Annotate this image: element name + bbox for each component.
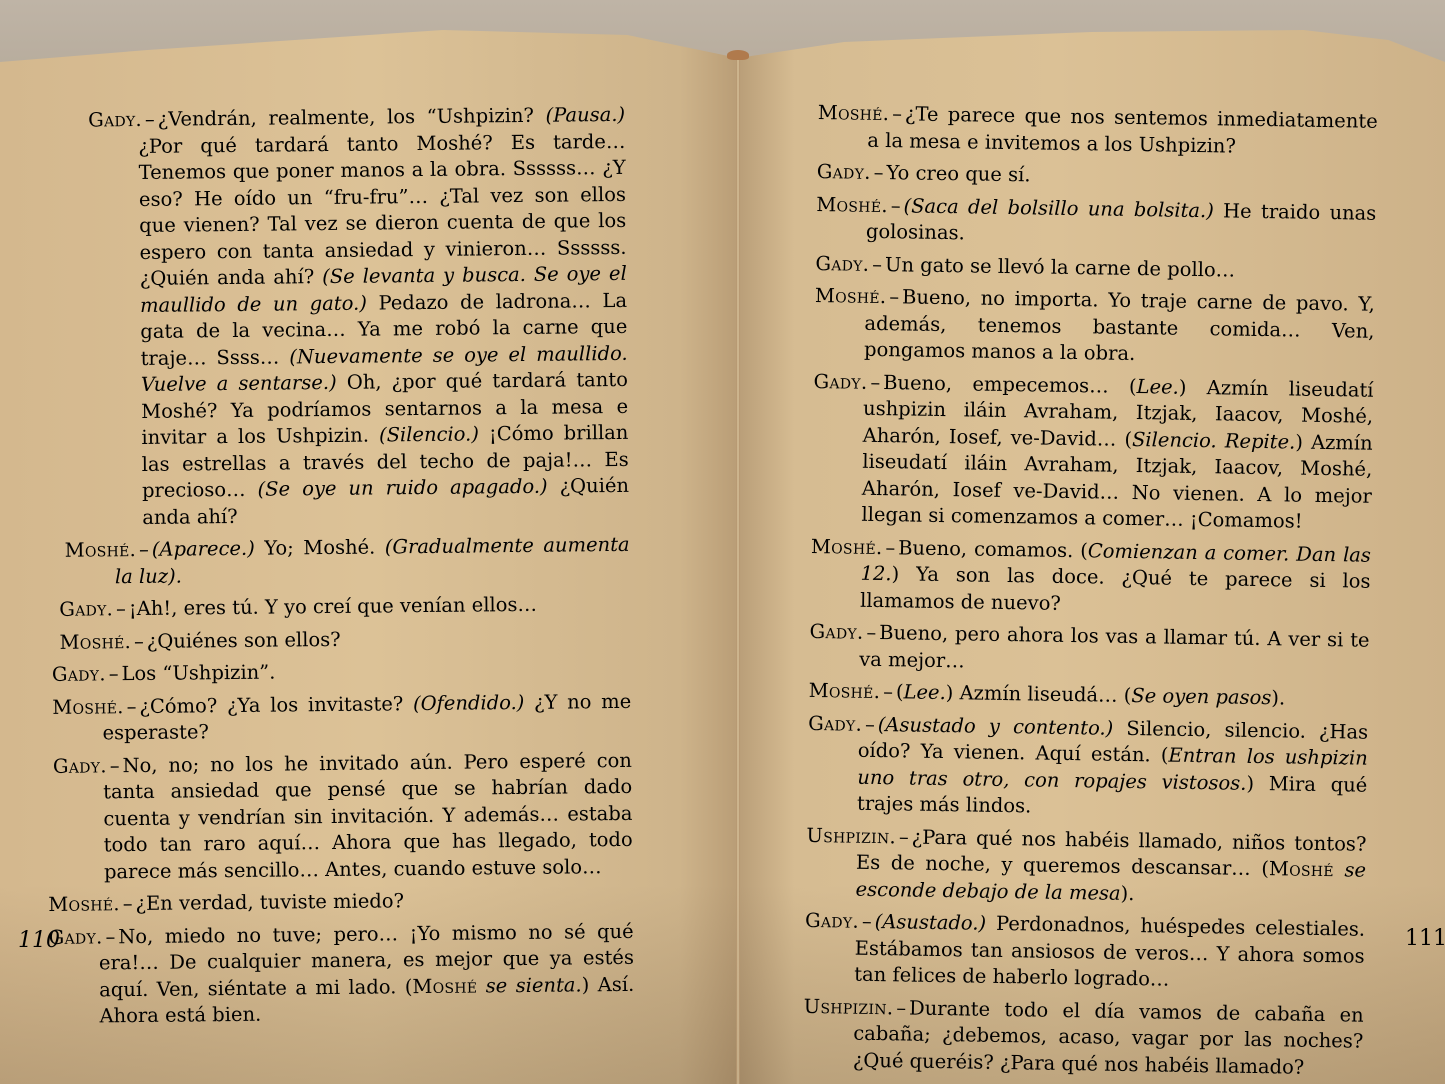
dialogue-text: Moshé [412, 974, 477, 998]
speaker-name: Moshé. [818, 101, 890, 125]
page-number-left: 110 [18, 928, 60, 953]
dialogue-line: Gady.–Un gato se llevó la carne de pollo… [815, 250, 1375, 285]
dialogue-line: Moshé.–Bueno, comamos. (Comienzan a come… [810, 533, 1371, 621]
dialogue-dash: – [874, 161, 884, 184]
speaker-name: Gady. [88, 108, 142, 132]
dialogue-dash: – [885, 536, 895, 559]
speaker-name: Gady. [59, 597, 113, 621]
stage-direction: (Aparece.) [152, 537, 255, 561]
stage-direction: (Saca del bolsillo una bolsita.) [903, 194, 1214, 222]
speaker-name: Gady. [805, 909, 859, 933]
dialogue-text: ¿En verdad, tuviste miedo? [135, 889, 404, 915]
left-page-text: Gady.–¿Vendrán, realmente, los “Ushpizin… [40, 102, 635, 1037]
dialogue-line: Gady.–¡Ah!, eres tú. Y yo creí que venía… [59, 591, 630, 623]
dialogue-dash: – [883, 680, 893, 703]
speaker-name: Ushpizin. [806, 823, 896, 847]
speaker-name: Moshé. [809, 679, 881, 703]
dialogue-line: Gady.–Los “Ushpizin”. [52, 656, 631, 689]
dialogue-dash: – [127, 695, 137, 718]
stage-direction: Lee. [903, 680, 946, 704]
dialogue-line: Ushpizin.–Durante todo el día vamos de c… [803, 993, 1364, 1081]
dialogue-line: Moshé.–(Lee.) Azmín liseudá… (Se oyen pa… [809, 678, 1369, 713]
dialogue-text: Bueno, no importa. Yo traje carne de pav… [864, 285, 1375, 365]
dialogue-dash: – [139, 538, 149, 561]
stage-direction: (Ofendido.) [413, 690, 525, 714]
dialogue-text: ) Azmín liseudá… ( [946, 681, 1132, 707]
dialogue-text: Los “Ushpizin”. [121, 661, 275, 686]
dialogue-line: Moshé.–(Aparece.) Yo; Moshé. (Gradualmen… [65, 532, 631, 591]
dialogue-text: Bueno, empecemos… ( [883, 371, 1137, 398]
speaker-name: Ushpizin. [804, 994, 894, 1018]
dialogue-text: ¿Te parece que nos sentemos inmediatamen… [867, 102, 1378, 157]
dialogue-line: Gady.–Yo creo que sí. [817, 159, 1377, 194]
stage-direction: (Pausa.) [545, 103, 625, 127]
dialogue-dash: – [866, 621, 876, 644]
dialogue-dash: – [134, 629, 144, 652]
stage-direction: Silencio. Repite. [1132, 427, 1296, 453]
binding-thread [727, 50, 749, 60]
speaker-name: Gady. [52, 662, 106, 686]
dialogue-line: Moshé.–¿Te parece que nos sentemos inmed… [817, 100, 1378, 162]
dialogue-text: No, no; no los he invitado aún. Pero esp… [103, 748, 633, 883]
speaker-name: Moshé. [59, 630, 131, 654]
speaker-name: Moshé. [811, 534, 883, 558]
stage-direction: (Se oye un ruido apagado.) [257, 475, 547, 501]
dialogue-dash: – [889, 285, 899, 308]
speaker-name: Gady. [809, 620, 863, 644]
speaker-name: Moshé. [52, 695, 124, 719]
dialogue-text: ) Ya son las doce. ¿Qué te parece si los… [860, 562, 1371, 614]
dialogue-text: ¡Ah!, eres tú. Y yo creí que venían ello… [129, 593, 537, 620]
page-number-right: 111 [1405, 926, 1445, 951]
stage-direction: (Asustado.) [875, 910, 987, 935]
speaker-name: Gady. [817, 160, 871, 184]
dialogue-text: ). [1120, 881, 1134, 904]
dialogue-dash: – [870, 370, 880, 393]
dialogue-dash: – [145, 108, 155, 131]
dialogue-line: Gady.–¿Vendrán, realmente, los “Ushpizin… [88, 102, 629, 532]
dialogue-line: Gady.–Bueno, pero ahora los vas a llamar… [809, 619, 1370, 681]
speaker-name: Moshé. [815, 284, 887, 308]
stage-direction: se sienta. [477, 973, 582, 997]
dialogue-dash: – [872, 252, 882, 275]
dialogue-text: ). [1271, 686, 1285, 709]
dialogue-dash: – [891, 194, 901, 217]
stage-direction: Se oyen pasos [1131, 684, 1271, 709]
dialogue-dash: – [116, 597, 126, 620]
dialogue-line: Moshé.–¿Quiénes son ellos? [59, 623, 630, 655]
dialogue-text: ¿Cómo? ¿Ya los invitaste? [139, 692, 413, 718]
dialogue-dash: – [109, 662, 119, 685]
dialogue-line: Moshé.–¿Cómo? ¿Ya los invitaste? (Ofendi… [52, 688, 632, 747]
speaker-name: Gady. [808, 711, 862, 735]
dialogue-text: Un gato se llevó la carne de pollo… [885, 253, 1235, 281]
dialogue-dash: – [862, 910, 872, 933]
dialogue-text: ¿Vendrán, realmente, los “Ushpizin? [158, 104, 546, 131]
dialogue-line: Ushpizin.–¿Para qué nos habéis llamado, … [805, 822, 1366, 910]
speaker-name: Gady. [813, 369, 867, 393]
dialogue-line: Gady.–No, no; no los he invitado aún. Pe… [53, 747, 633, 886]
dialogue-line: Gady.–(Asustado y contento.) Silencio, s… [807, 710, 1369, 825]
dialogue-text: ¿Quiénes son ellos? [147, 627, 341, 652]
dialogue-dash: – [110, 754, 120, 777]
dialogue-line: Gady.–No, miedo no tuve; pero… ¡Yo mismo… [49, 918, 635, 1030]
dialogue-line: Moshé.–(Saca del bolsillo una bolsita.) … [816, 191, 1377, 253]
dialogue-dash: – [899, 825, 909, 848]
speaker-name: Moshé. [48, 892, 120, 916]
dialogue-dash: – [896, 996, 906, 1019]
dialogue-text: Yo; Moshé. [255, 535, 385, 559]
dialogue-text: Bueno, pero ahora los vas a llamar tú. A… [859, 621, 1370, 672]
stage-direction: (Silencio.) [379, 422, 479, 446]
dialogue-line: Moshé.–Bueno, no importa. Yo traje carne… [814, 283, 1375, 371]
dialogue-text: Durante todo el día vamos de cabaña en c… [853, 996, 1364, 1078]
dialogue-dash: – [865, 712, 875, 735]
dialogue-dash: – [105, 925, 115, 948]
dialogue-dash: – [123, 892, 133, 915]
dialogue-dash: – [892, 102, 902, 125]
right-page-text: Moshé.–¿Te parece que nos sentemos inmed… [803, 100, 1378, 1084]
stage-direction: (Asustado y contento.) [878, 713, 1114, 740]
book-spine-gutter [736, 55, 740, 1084]
stage-direction: Lee. [1136, 375, 1179, 399]
dialogue-line: Gady.–(Asustado.) Perdonadnos, huéspedes… [804, 908, 1365, 996]
speaker-name: Moshé. [816, 192, 888, 216]
speaker-name: Moshé. [65, 538, 137, 562]
dialogue-text: Yo creo que sí. [886, 161, 1030, 186]
speaker-name: Gady. [815, 251, 869, 275]
dialogue-text: Moshé [1269, 857, 1334, 881]
dialogue-line: Gady.–Bueno, empecemos… (Lee.) Azmín lis… [811, 368, 1373, 536]
dialogue-line: Moshé.–¿En verdad, tuviste miedo? [48, 886, 633, 919]
dialogue-text: Bueno, comamos. ( [898, 536, 1088, 562]
speaker-name: Gady. [53, 754, 107, 778]
